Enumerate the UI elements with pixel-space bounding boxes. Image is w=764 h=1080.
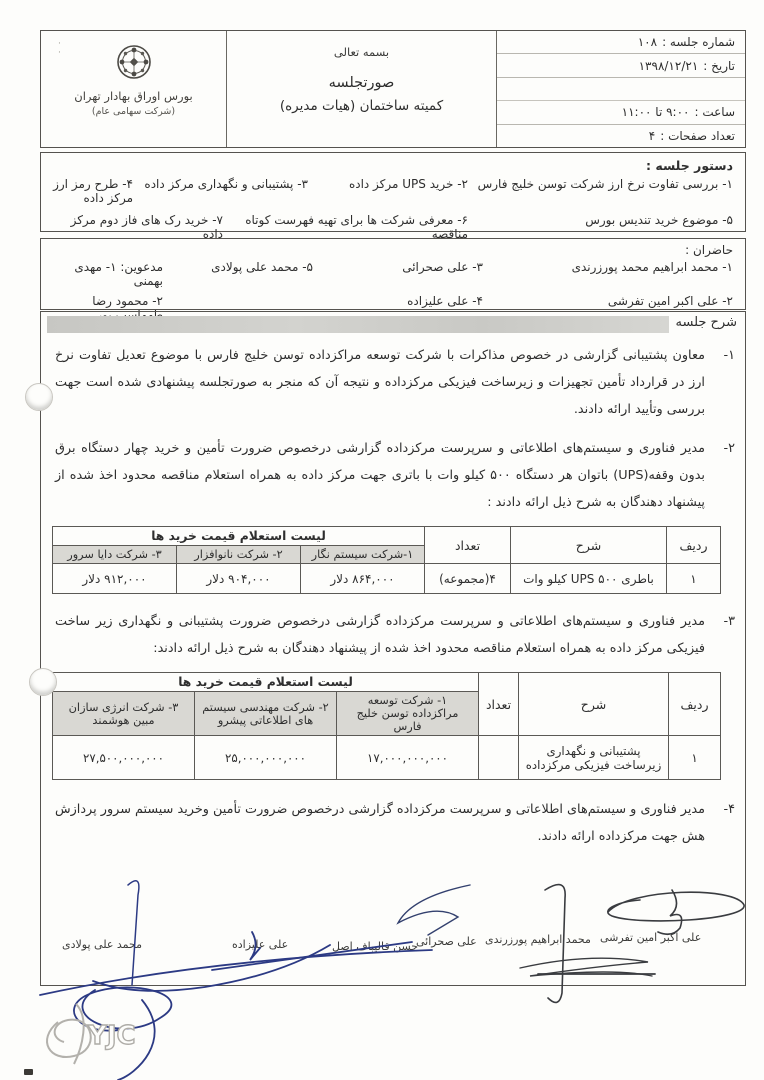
meeting-date-value: ۱۳۹۸/۱۲/۲۱ bbox=[639, 59, 699, 73]
attendee-5: ۵- محمد علی پولادی bbox=[163, 260, 313, 288]
minutes-item-2: ۲- مدیر فناوری و سیستم‌های اطلاعاتی و سر… bbox=[41, 423, 745, 516]
t2-price-2: ۲۵,۰۰۰,۰۰۰,۰۰۰ bbox=[195, 736, 337, 780]
punch-hole-top bbox=[25, 383, 53, 411]
agenda-box: دستور جلسه : ۱- بررسی تفاوت نرخ ارز شرکت… bbox=[40, 152, 746, 232]
t1-vendor-3: ۳- شرکت دایا سرور bbox=[53, 546, 177, 564]
meeting-time-row: ساعت : ۹:۰۰ تا ۱۱:۰۰ bbox=[497, 101, 745, 124]
signature-name-pourzarandi: محمد ابراهیم پورزرندی bbox=[485, 933, 591, 946]
committee-subtitle: کمیته ساختمان (هیات مدیره) bbox=[227, 98, 496, 114]
meeting-time-value: ۹:۰۰ تا ۱۱:۰۰ bbox=[622, 105, 690, 119]
agenda-item-6: ۶- معرفی شرکت ها برای تهیه فهرست کوتاه م… bbox=[223, 213, 468, 241]
agenda-item-7: ۷- خرید رک های فاز دوم مرکز داده bbox=[53, 213, 223, 241]
meeting-time-label: ساعت : bbox=[694, 105, 735, 119]
meeting-date-row: تاریخ : ۱۳۹۸/۱۲/۲۱ bbox=[497, 54, 745, 77]
t1-price-1: ۸۶۴,۰۰۰ دلار bbox=[301, 564, 425, 594]
t1-col-sharh: شرح bbox=[511, 527, 667, 564]
agenda-item-1: ۱- بررسی تفاوت نرخ ارز شرکت توسن خلیج فا… bbox=[468, 177, 733, 205]
t2-col-tedad: تعداد bbox=[479, 673, 519, 736]
t1-price-3: ۹۱۲,۰۰۰ دلار bbox=[53, 564, 177, 594]
agenda-title: دستور جلسه : bbox=[53, 158, 733, 173]
t2-row-num: ۱ bbox=[669, 736, 721, 780]
agenda-row-2: ۵- موضوع خرید تندیس بورس ۶- معرفی شرکت ه… bbox=[53, 213, 733, 241]
meeting-number-value: ۱۰۸ bbox=[638, 35, 657, 49]
yjc-watermark: YJC bbox=[30, 992, 165, 1080]
document-header: شماره جلسه : ۱۰۸ تاریخ : ۱۳۹۸/۱۲/۲۱ ساعت… bbox=[40, 30, 746, 148]
signature-name-qalibaf: حسن قالیباف اصل bbox=[332, 940, 418, 953]
meeting-info-box: شماره جلسه : ۱۰۸ تاریخ : ۱۳۹۸/۱۲/۲۱ ساعت… bbox=[496, 31, 745, 147]
minutes-item-1-number: ۱- bbox=[705, 342, 735, 423]
price-inquiry-table-1: ردیف شرح تعداد لیست استعلام قیمت خرید ها… bbox=[52, 526, 721, 594]
t1-row-num: ۱ bbox=[667, 564, 721, 594]
minutes-item-3-number: ۳- bbox=[705, 608, 735, 662]
meeting-number-row: شماره جلسه : ۱۰۸ bbox=[497, 31, 745, 54]
yjc-watermark-text: YJC bbox=[87, 1021, 136, 1051]
page-count-row: تعداد صفحات : ۴ bbox=[497, 125, 745, 147]
minutes-item-1-text: معاون پشتیبانی گزارشی در خصوص مذاکرات با… bbox=[55, 342, 705, 423]
page-count-label: تعداد صفحات : bbox=[660, 129, 735, 143]
minutes-box: شرح جلسه ۱- معاون پشتیبانی گزارشی در خصو… bbox=[40, 311, 746, 986]
t2-row-qty bbox=[479, 736, 519, 780]
t2-col-radif: ردیف bbox=[669, 673, 721, 736]
empty-info-row bbox=[497, 78, 745, 101]
t2-row-desc: پشتیبانی و نگهداری زیرساخت فیزیکی مرکزدا… bbox=[519, 736, 669, 780]
page-title: صورتجلسه bbox=[227, 75, 496, 91]
t2-price-3: ۲۷,۵۰۰,۰۰۰,۰۰۰ bbox=[53, 736, 195, 780]
agenda-item-3: ۳- پشتیبانی و نگهداری مرکز داده bbox=[133, 177, 308, 205]
meeting-number-label: شماره جلسه : bbox=[662, 35, 735, 49]
t1-vendor-2: ۲- شرکت نانوافزار bbox=[177, 546, 301, 564]
minutes-title-gray-bar bbox=[47, 316, 669, 333]
attendees-box: حاضران : ۱- محمد ابراهیم محمد پورزرندی ۳… bbox=[40, 238, 746, 310]
punch-hole-bottom bbox=[29, 668, 57, 696]
minutes-item-4-number: ۴- bbox=[705, 796, 735, 850]
agenda-item-2: ۲- خرید UPS مرکز داده bbox=[308, 177, 468, 205]
signature-name-tafreshi: علی اکبر امین تفرشی bbox=[600, 931, 701, 944]
t2-vendor-2: ۲- شرکت مهندسی سیستم های اطلاعاتی پیشرو bbox=[195, 692, 337, 736]
minutes-item-1: ۱- معاون پشتیبانی گزارشی در خصوص مذاکرات… bbox=[41, 336, 745, 423]
minutes-item-2-text: مدیر فناوری و سیستم‌های اطلاعاتی و سرپرس… bbox=[55, 435, 705, 516]
t2-vendor-3: ۳- شرکت انرژی سازان مبین هوشمند bbox=[53, 692, 195, 736]
organization-type: (شرکت سهامی عام) bbox=[41, 106, 226, 117]
bismillah-text: بسمه تعالی bbox=[227, 45, 496, 59]
attendee-3: ۳- علی صحرائی bbox=[313, 260, 483, 288]
t1-quote-header: لیست استعلام قیمت خرید ها bbox=[53, 527, 425, 546]
agenda-item-5: ۵- موضوع خرید تندیس بورس bbox=[468, 213, 733, 241]
stock-exchange-logo-icon bbox=[113, 68, 155, 87]
meeting-date-label: تاریخ : bbox=[703, 59, 735, 73]
agenda-item-4: ۴- طرح رمز ارز مرکز داده bbox=[53, 177, 133, 205]
t1-col-radif: ردیف bbox=[667, 527, 721, 564]
signature-name-alizadeh: علی علیزاده bbox=[232, 938, 288, 951]
t2-quote-header: لیست استعلام قیمت خرید ها bbox=[53, 673, 479, 692]
minutes-item-4: ۴- مدیر فناوری و سیستم‌های اطلاعاتی و سر… bbox=[41, 784, 745, 850]
minutes-title: شرح جلسه bbox=[676, 315, 738, 330]
minutes-item-4-text: مدیر فناوری و سیستم‌های اطلاعاتی و سرپرس… bbox=[55, 796, 705, 850]
agenda-row-1: ۱- بررسی تفاوت نرخ ارز شرکت توسن خلیج فا… bbox=[53, 177, 733, 205]
t1-data-row: ۱ باطری UPS ۵۰۰ کیلو وات ۴(مجموعه) ۸۶۴,۰… bbox=[53, 564, 721, 594]
organization-name: بورس اوراق بهادار تهران bbox=[41, 89, 226, 103]
minutes-item-2-number: ۲- bbox=[705, 435, 735, 516]
title-block: بسمه تعالی صورتجلسه کمیته ساختمان (هیات … bbox=[226, 31, 496, 147]
t2-col-sharh: شرح bbox=[519, 673, 669, 736]
t2-vendor-1: ۱- شرکت توسعه مراکزداده توسن خلیج فارس bbox=[337, 692, 479, 736]
attendees-title: حاضران : bbox=[53, 243, 733, 257]
signature-name-sahraei: علی صحرائی bbox=[416, 935, 477, 948]
t2-data-row: ۱ پشتیبانی و نگهداری زیرساخت فیزیکی مرکز… bbox=[53, 736, 721, 780]
t1-vendor-1: ۱-شرکت سیستم نگار bbox=[301, 546, 425, 564]
page-count-value: ۴ bbox=[649, 129, 655, 143]
t1-row-qty: ۴(مجموعه) bbox=[425, 564, 511, 594]
minutes-title-bar: شرح جلسه bbox=[41, 312, 745, 336]
t1-col-tedad: تعداد bbox=[425, 527, 511, 564]
price-inquiry-table-2: ردیف شرح تعداد لیست استعلام قیمت خرید ها… bbox=[52, 672, 721, 780]
minutes-item-3: ۳- مدیر فناوری و سیستم‌های اطلاعاتی و سر… bbox=[41, 598, 745, 662]
scanned-meeting-minutes-page: ·· شماره جلسه : ۱۰۸ تاریخ : ۱۳۹۸/۱۲/۲۱ س… bbox=[0, 0, 764, 1080]
invitee-1: مدعوین: ۱- مهدی بهمنی bbox=[53, 260, 163, 288]
signature-name-pouladi: محمد علی پولادی bbox=[62, 938, 142, 951]
minutes-item-3-text: مدیر فناوری و سیستم‌های اطلاعاتی و سرپرس… bbox=[55, 608, 705, 662]
organization-logo-block: بورس اوراق بهادار تهران (شرکت سهامی عام) bbox=[41, 31, 226, 147]
t1-row-desc: باطری UPS ۵۰۰ کیلو وات bbox=[511, 564, 667, 594]
attendee-1: ۱- محمد ابراهیم محمد پورزرندی bbox=[483, 260, 733, 288]
t2-price-1: ۱۷,۰۰۰,۰۰۰,۰۰۰ bbox=[337, 736, 479, 780]
invitees-label: مدعوین: bbox=[120, 260, 163, 274]
t1-price-2: ۹۰۴,۰۰۰ دلار bbox=[177, 564, 301, 594]
